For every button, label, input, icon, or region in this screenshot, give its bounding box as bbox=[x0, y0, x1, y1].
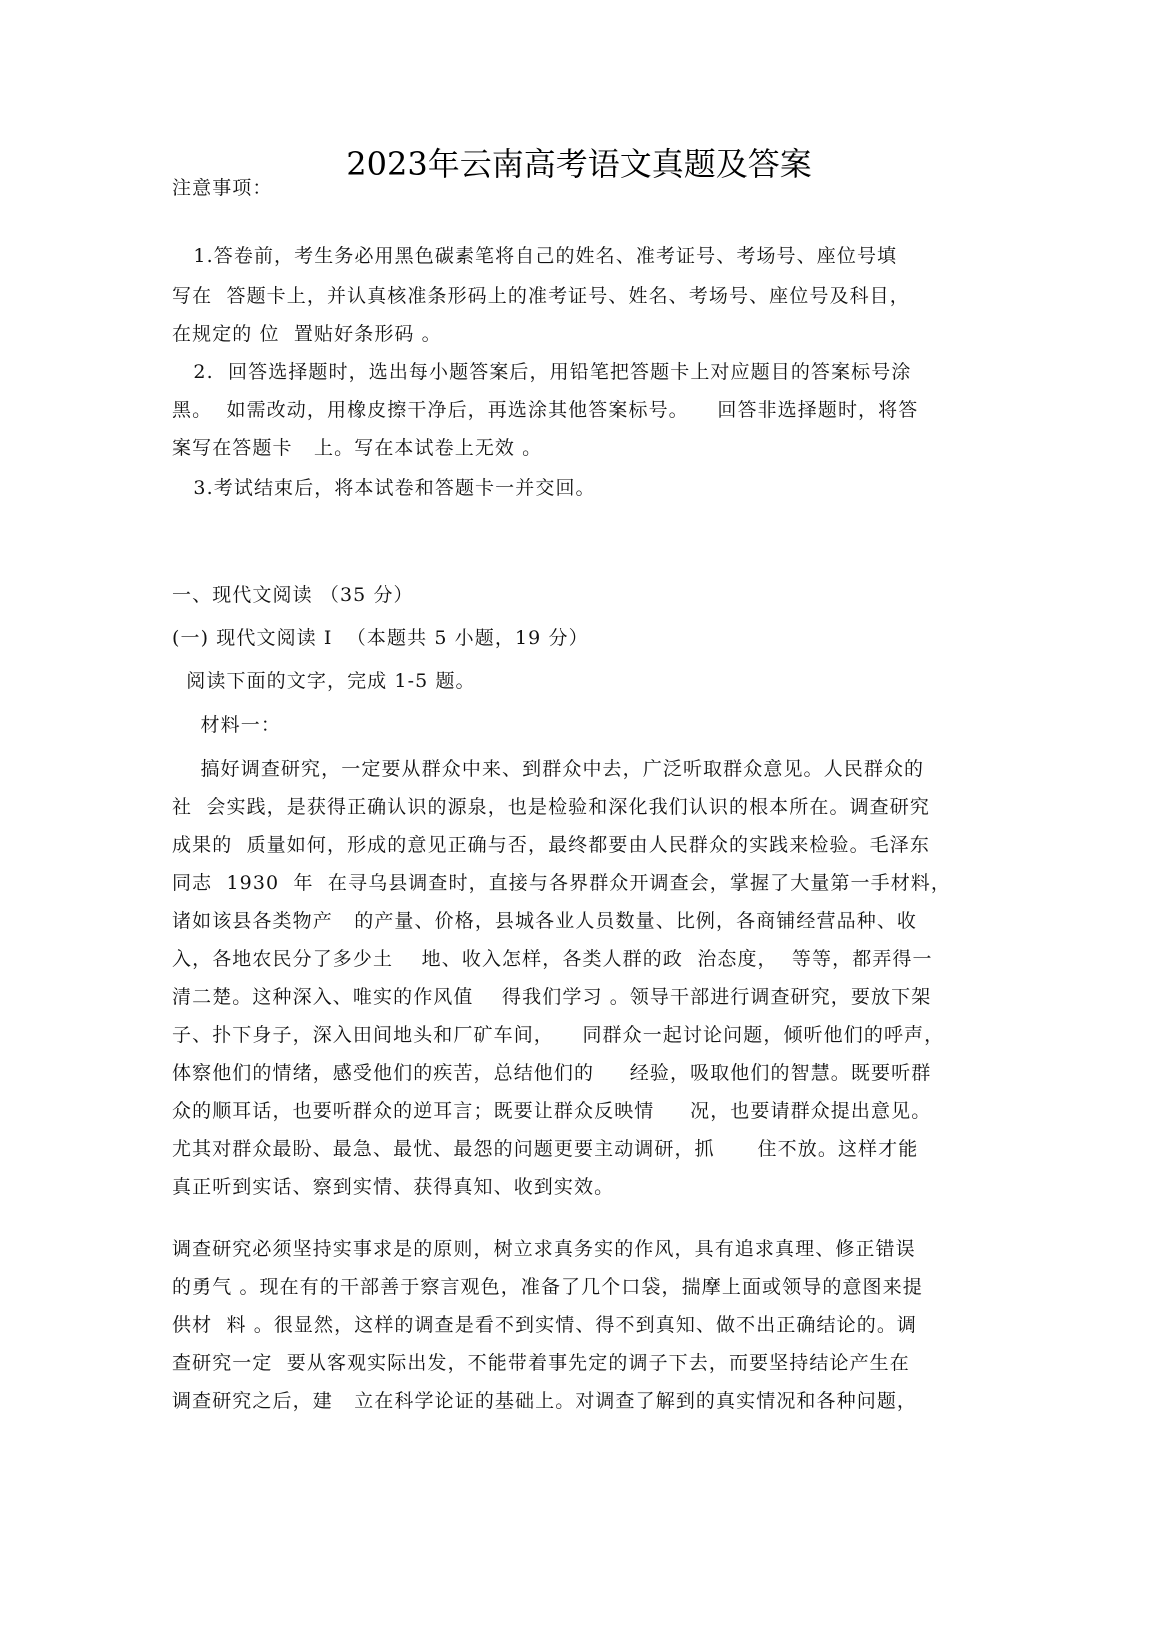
paragraph-line: 子、扑下身子，深入田间地头和厂矿车间， 同群众一起讨论问题，倾听他们的呼声， bbox=[172, 1023, 944, 1047]
notice-line: 黑。 如需改动，用橡皮擦干净后，再选涂其他答案标号。 回答非选择题时，将答 bbox=[172, 398, 918, 422]
notice-heading: 注意事项： bbox=[172, 176, 273, 200]
section-heading: 一、现代文阅读 （35 分） bbox=[172, 583, 414, 607]
paragraph-line: 调查研究必须坚持实事求是的原则，树立求真务实的作风，具有追求真理、修正错误 bbox=[172, 1237, 916, 1261]
paragraph-line: 真正听到实话、察到实情、获得真知、收到实效。 bbox=[172, 1175, 614, 1199]
material-label: 材料一： bbox=[172, 713, 281, 737]
document-page: 2023年云南高考语文真题及答案 注意事项： 1.答卷前，考生务必用黑色碳素笔将… bbox=[0, 0, 1158, 1638]
paragraph-line: 入，各地农民分了多少土 地、收入怎样，各类人群的政 治态度， 等等，都弄得一 bbox=[172, 947, 933, 971]
paragraph-line: 清二楚。这种深入、唯实的作风值 得我们学习 。领导干部进行调查研究，要放下架 bbox=[172, 985, 931, 1009]
notice-line: 在规定的 位 置贴好条形码 。 bbox=[172, 322, 442, 346]
notice-line: 2. 回答选择题时，选出每小题答案后，用铅笔把答题卡上对应题目的答案标号涂 bbox=[172, 360, 911, 384]
notice-line: 案写在答题卡 上。写在本试卷上无效 。 bbox=[172, 436, 542, 460]
paragraph-line: 搞好调查研究，一定要从群众中来、到群众中去，广泛听取群众意见。人民群众的 bbox=[172, 757, 924, 781]
subsection-heading: (一) 现代文阅读 I （本题共 5 小题，19 分） bbox=[172, 626, 589, 650]
paragraph-line: 社 会实践，是获得正确认识的源泉，也是检验和深化我们认识的根本所在。调查研究 bbox=[172, 795, 930, 819]
paragraph-line: 诸如该县各类物产 的产量、价格，县城各业人员数量、比例，各商铺经营品种、收 bbox=[172, 909, 917, 933]
notice-line: 写在 答题卡上，并认真核准条形码上的准考证号、姓名、考场号、座位号及科目， bbox=[172, 284, 910, 308]
instruction-text: 阅读下面的文字，完成 1-5 题。 bbox=[172, 669, 476, 693]
paragraph-line: 尤其对群众最盼、最急、最忧、最怨的问题更要主动调研，抓 住不放。这样才能 bbox=[172, 1137, 918, 1161]
paragraph-line: 的勇气 。现在有的干部善于察言观色，准备了几个口袋，揣摩上面或领导的意图来提 bbox=[172, 1275, 923, 1299]
paragraph-line: 众的顺耳话，也要听群众的逆耳言；既要让群众反映情 况，也要请群众提出意见。 bbox=[172, 1099, 931, 1123]
paragraph-line: 同志 1930 年 在寻乌县调查时，直接与各界群众开调查会，掌握了大量第一手材料… bbox=[172, 871, 951, 895]
paragraph-line: 体察他们的情绪，感受他们的疾苦，总结他们的 经验，吸取他们的智慧。既要听群 bbox=[172, 1061, 931, 1085]
notice-line: 1.答卷前，考生务必用黑色碳素笔将自己的姓名、准考证号、考场号、座位号填 bbox=[172, 244, 897, 268]
paragraph-line: 调查研究之后，建 立在科学论证的基础上。对调查了解到的真实情况和各种问题， bbox=[172, 1389, 917, 1413]
paragraph-line: 成果的 质量如何，形成的意见正确与否，最终都要由人民群众的实践来检验。毛泽东 bbox=[172, 833, 930, 857]
paragraph-line: 供材 料 。很显然，这样的调查是看不到实情、得不到真知、做不出正确结论的。调 bbox=[172, 1313, 917, 1337]
paragraph-line: 查研究一定 要从客观实际出发，不能带着事先定的调子下去，而要坚持结论产生在 bbox=[172, 1351, 910, 1375]
notice-line: 3.考试结束后，将本试卷和答题卡一并交回。 bbox=[172, 476, 596, 500]
